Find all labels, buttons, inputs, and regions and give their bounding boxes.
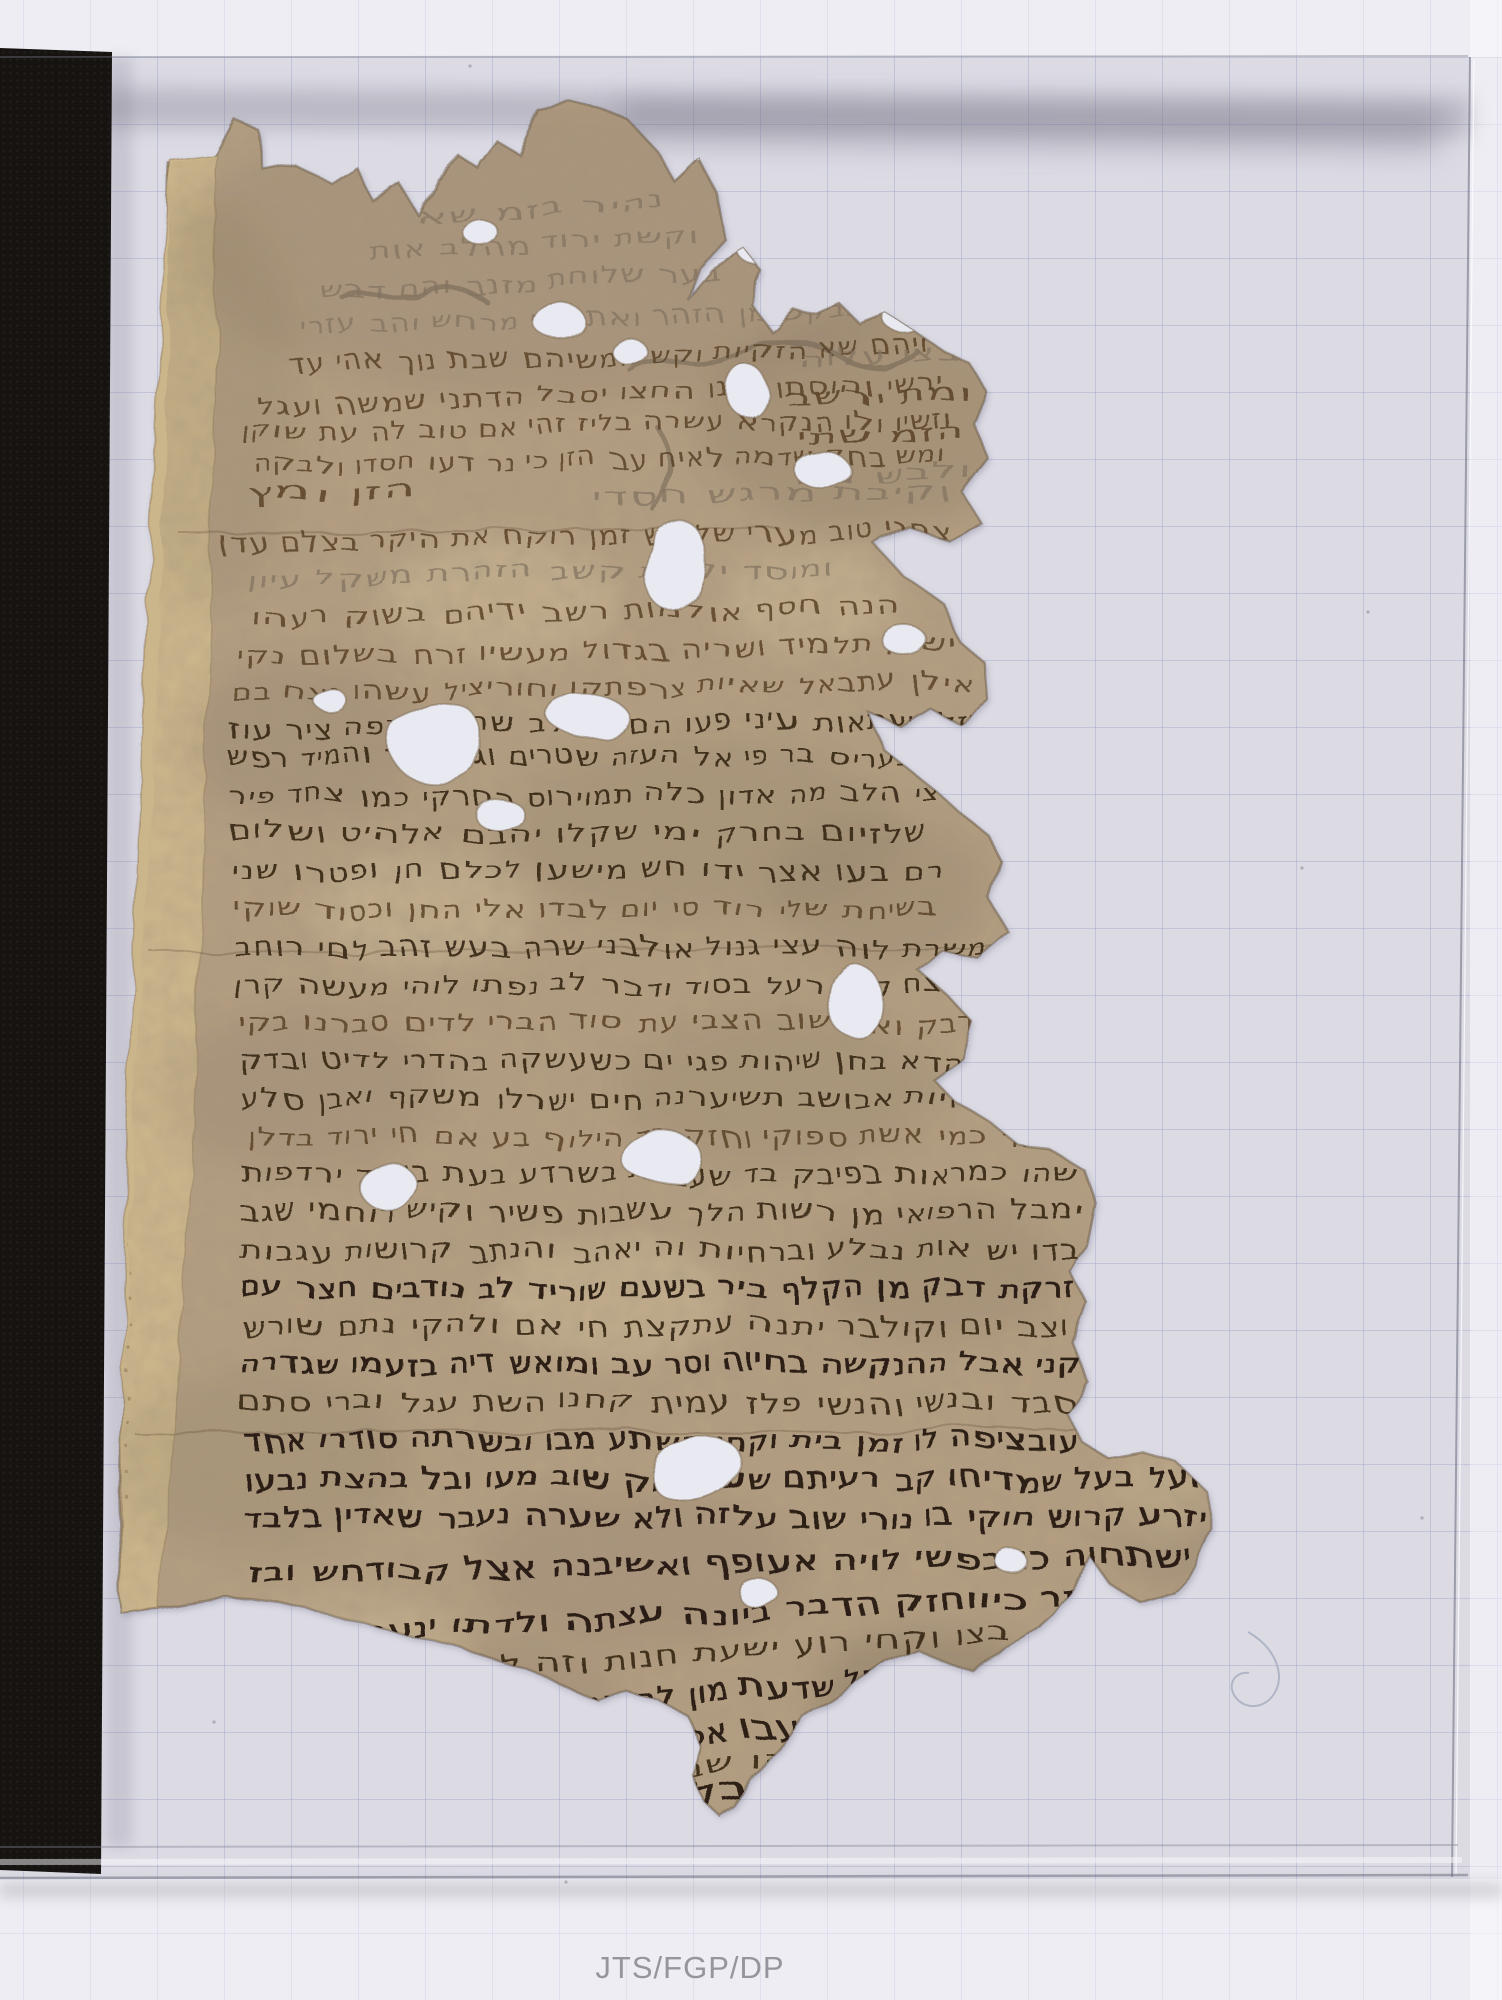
fragment-hole: [622, 1132, 702, 1184]
manuscript-text-line: בדו יש אות נבלע וברחיות וה יאהב והנתב קר…: [240, 1235, 1080, 1266]
glass-edge-line: [0, 1860, 1462, 1862]
glass-edge-line: [0, 56, 1468, 57]
watermark: JTS/FGP/DP: [560, 1950, 820, 1986]
manuscript-text-line: סבד ובנשי והנשי פלז עמית קחנו השת עגל וב…: [238, 1387, 1076, 1418]
manuscript-text-line: רצי הלב מה אדון כלה תמוירוס בחרקי כמו צח…: [227, 780, 962, 810]
fragment-hole: [610, 338, 646, 362]
manuscript-text-line: הזן ומץ: [249, 476, 420, 511]
dust-speck: [1366, 610, 1369, 613]
manuscript-text-line: יום צח קמי רעל בסוד ודבר לב נפתו לוהי מע…: [233, 970, 998, 1000]
scanned-manuscript-page: נהיר בזמ שאוקשת ירוד מהלב אותבער שלוחת מ…: [0, 0, 1502, 2000]
fragment-hole: [358, 1164, 418, 1208]
glass-edge-line: [1452, 57, 1470, 1877]
glass-edge-line: [1456, 60, 1474, 1874]
fragment-hole: [994, 1548, 1026, 1572]
manuscript-text-line: יר פו כעבו אפי שנבה שדק פי אהוצרק: [306, 1692, 906, 1799]
manuscript-text-line: זרקת דבק מן הקלף ביר בשעם שוריד לב נודבי…: [241, 1273, 1076, 1304]
fragment-hole: [728, 366, 768, 418]
fragment-hole: [884, 627, 928, 657]
fragment-surface: נהיר בזמ שאוקשת ירוד מהלב אותבער שלוחת מ…: [100, 90, 1250, 1854]
glass-edge-line: [0, 1875, 1468, 1878]
manuscript-text-line: וצב יום וקולבר יתנה עתקצת חי אם ולהקי נת…: [240, 1311, 1070, 1342]
manuscript-text-line: ולהיות אבושב תשיערנה חים ישרלו משקף ואבן…: [240, 1084, 1000, 1114]
manuscript-text-line: זעזהו שבע הצד ריע המאונו: [349, 1730, 849, 1833]
manuscript-text-line: בשיחת שלי רוד סי יום לבדו אלי החן וכסוד …: [235, 894, 940, 923]
manuscript-text-line: יזרע קרוש חוקי בו נורי שוב עלזה ולא שערה…: [241, 1500, 1206, 1533]
manuscript-text-line: הדא בחן שיהות פגי ים כשעשקה בהדרי לדיט ו…: [240, 1046, 962, 1076]
parchment-fragment: נהיר בזמ שאוקשת ירוד מהלב אותבער שלוחת מ…: [100, 90, 1250, 1854]
manuscript-text-line: רם בעו אצר ידו חש מישען לכלם חן ופטרו שנ…: [231, 856, 946, 886]
fragment-hole: [314, 688, 346, 712]
fragment-hole: [794, 452, 850, 488]
dust-speck: [564, 1880, 567, 1883]
fragment-hole: [534, 304, 586, 340]
fragment-hole: [463, 219, 497, 245]
glass-edge-line: [0, 1845, 1458, 1847]
manuscript-fragment-photo: נהיר בזמ שאוקשת ירוד מהלב אותבער שלוחת מ…: [0, 0, 1502, 2000]
manuscript-text-line: ובניון בעריס בר פי אל העזה שטרים וגם הזי…: [227, 742, 992, 772]
dust-speck: [1420, 1516, 1423, 1519]
dust-speck: [212, 1720, 215, 1723]
manuscript-text-line: שלזיום בחרק ימי שקלו יהבם אלהיט ושלום: [230, 818, 930, 848]
dust-speck: [468, 64, 471, 67]
fragment-hole: [737, 1578, 777, 1606]
fragment-hole: [473, 795, 521, 829]
manuscript-text-line: משרת לוה עצי גנול אולבני שרה בעש זהב לםי…: [233, 932, 988, 962]
dust-speck: [1300, 866, 1303, 869]
fragment-hole: [828, 962, 880, 1038]
manuscript-text-line: קני אבל ההנקשה בחיוה וסר עב ומואש דיה בז…: [240, 1349, 1082, 1380]
hair-fiber: [1232, 1632, 1279, 1706]
fragment-hole: [885, 306, 925, 334]
